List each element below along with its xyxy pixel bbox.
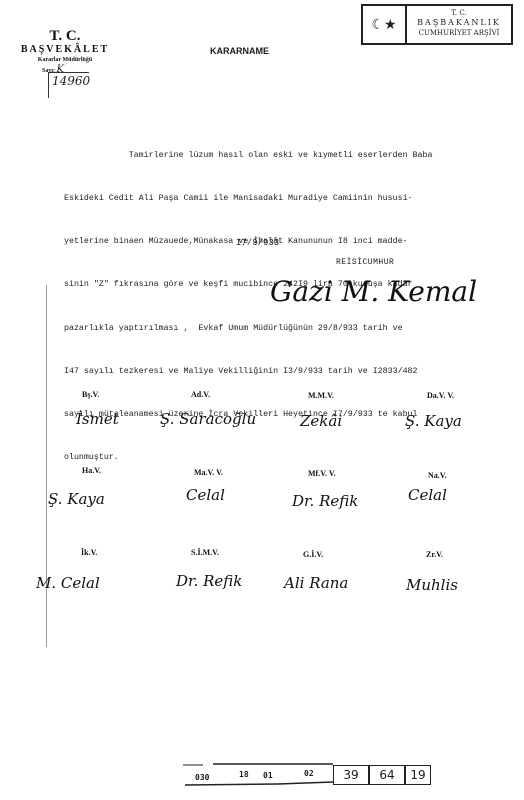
reference-box: 39	[333, 765, 369, 785]
body-line: Eskideki Cedit Ali Paşa Camii ile Manisa…	[64, 192, 494, 206]
minister-signature: Zekâi	[300, 412, 342, 430]
letterhead-department: Kararlar Müdürlüğü	[20, 56, 110, 65]
crescent-star-icon: ☾★	[363, 6, 407, 43]
minister-label: Ma.V. V.	[194, 468, 223, 477]
body-line: olunmuştur.	[64, 451, 494, 465]
stamp-line-1: T. C.	[407, 8, 511, 18]
president-signature: Gazi M. Kemal	[270, 275, 477, 308]
minister-label: Zr.V.	[426, 550, 443, 559]
body-line: Tamirlerine lüzum hasıl olan eski ve kıy…	[64, 149, 494, 163]
body-line: pazarlıkla yaptırılması , Evkaf Umum Müd…	[64, 322, 494, 336]
letterhead: T. C. BAŞVEKÂLET Kararlar Müdürlüğü Sayı…	[20, 28, 110, 76]
minister-label: Da.V. V.	[427, 391, 454, 400]
document-title: KARARNAME	[210, 46, 269, 56]
minister-signature: Celal	[186, 486, 225, 504]
stamp-line-3: CUMHURİYET ARŞİVİ	[407, 28, 511, 38]
minister-signature: Muhlis	[406, 576, 458, 594]
minister-signature: M. Celal	[36, 574, 100, 592]
minister-signature: Ş. Kaya	[405, 412, 462, 430]
minister-label: Bş.V.	[82, 390, 99, 399]
minister-signature: Ş. Saracoğlu	[160, 410, 256, 428]
archive-stamp-text: T. C. BAŞBAKANLIK CUMHURİYET ARŞİVİ	[407, 6, 511, 43]
reference-box: 19	[405, 765, 431, 785]
reference-code: 01	[263, 771, 273, 780]
letterhead-state: T. C.	[20, 28, 110, 44]
body-line: I47 sayılı tezkeresi ve Maliye Vekilliği…	[64, 365, 494, 379]
reference-code: 02	[304, 769, 314, 778]
archive-reference: 030 18 01 02 39 64 19	[183, 760, 443, 786]
minister-label: İk.V.	[81, 548, 97, 557]
register-number: 14960	[52, 74, 90, 88]
reference-code: 030	[195, 773, 209, 782]
decree-date: I7/9/933	[236, 238, 279, 248]
margin-line	[46, 285, 47, 647]
reference-box: 64	[369, 765, 405, 785]
minister-signature: Dr. Refik	[292, 492, 358, 510]
minister-signature: Ş. Kaya	[48, 490, 105, 508]
minister-signature: Celal	[408, 486, 447, 504]
stamp-line-2: BAŞBAKANLIK	[407, 18, 511, 28]
minister-label: Ha.V.	[82, 466, 101, 475]
president-title: REİSİCUMHUR	[336, 258, 394, 267]
minister-label: M.M.V.	[308, 391, 334, 400]
minister-signature: Ali Rana	[284, 574, 348, 592]
minister-label: Mf.V. V.	[308, 469, 336, 478]
minister-signature: İsmet	[76, 410, 119, 428]
reference-code: 18	[239, 770, 249, 779]
minister-label: Ad.V.	[191, 390, 210, 399]
archive-stamp: ☾★ T. C. BAŞBAKANLIK CUMHURİYET ARŞİVİ	[361, 4, 513, 45]
minister-signature: Dr. Refik	[176, 572, 242, 590]
minister-label: Na.V.	[428, 471, 447, 480]
minister-label: G.İ.V.	[303, 550, 323, 559]
letterhead-office: BAŞVEKÂLET	[20, 44, 110, 56]
minister-label: S.İ.M.V.	[191, 548, 219, 557]
